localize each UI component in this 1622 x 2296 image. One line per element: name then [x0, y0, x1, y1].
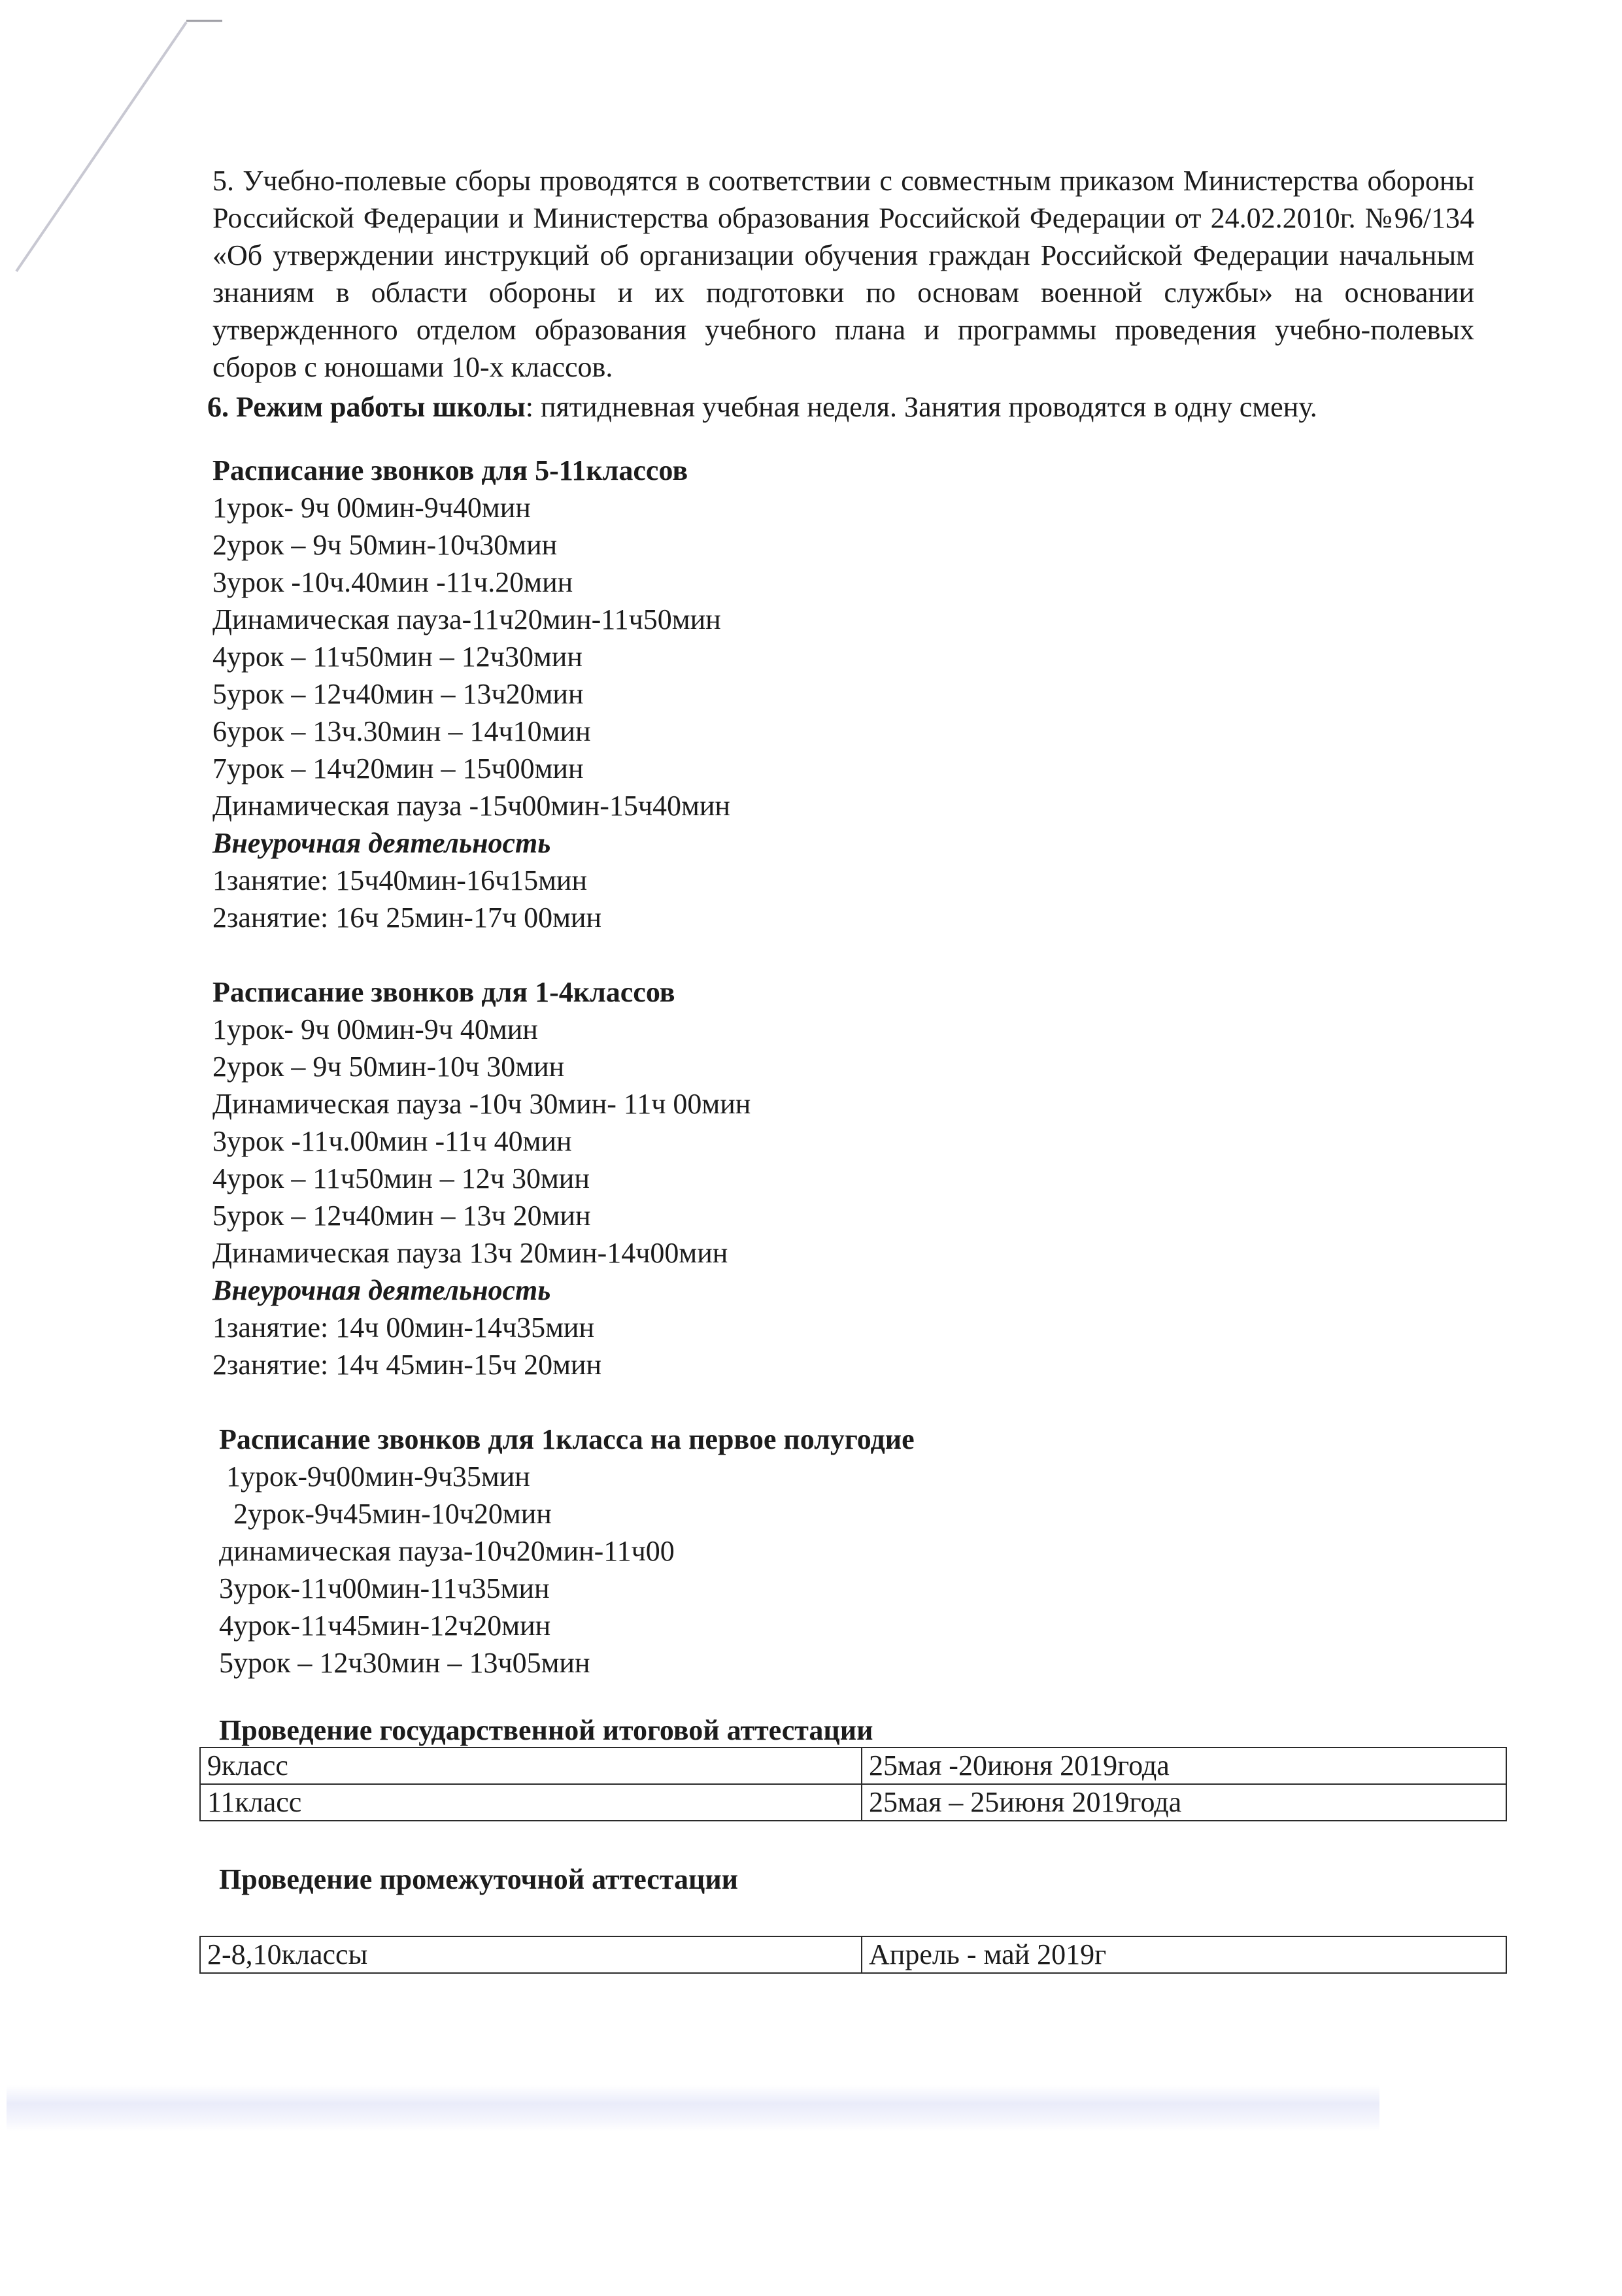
schedule-line: 5урок – 12ч40мин – 13ч 20мин — [212, 1197, 1474, 1234]
paragraph-6-text: : пятидневная учебная неделя. Занятия пр… — [526, 391, 1317, 423]
state-attestation-table: 9класс 25мая -20июня 2019года 11класс 25… — [199, 1747, 1507, 1821]
state-attestation-title: Проведение государственной итоговой атте… — [219, 1714, 1474, 1747]
state-attestation: Проведение государственной итоговой атте… — [212, 1714, 1474, 1821]
table-cell-period: 25мая – 25июня 2019года — [862, 1784, 1506, 1821]
schedule-line: 6урок – 13ч.30мин – 14ч10мин — [212, 713, 1474, 750]
schedule-line: 4урок – 11ч50мин – 12ч 30мин — [212, 1160, 1474, 1197]
extracurricular-line: 2занятие: 16ч 25мин-17ч 00мин — [212, 899, 1474, 936]
schedule-1st-grade-title: Расписание звонков для 1класса на первое… — [219, 1421, 1474, 1458]
schedule-line: 5урок – 12ч30мин – 13ч05мин — [219, 1644, 1474, 1681]
extracurricular-title: Внеурочная деятельность — [212, 824, 1474, 862]
scan-smudge — [7, 2085, 1379, 2131]
schedule-line: 3урок -11ч.00мин -11ч 40мин — [212, 1123, 1474, 1160]
schedule-line: 4урок-11ч45мин-12ч20мин — [219, 1607, 1474, 1644]
schedule-line: 2урок – 9ч 50мин-10ч30мин — [212, 526, 1474, 564]
table-cell-class: 2-8,10классы — [200, 1936, 862, 1973]
table-row: 11класс 25мая – 25июня 2019года — [200, 1784, 1506, 1821]
schedule-line: 1урок-9ч00мин-9ч35мин — [219, 1458, 1474, 1495]
schedule-line: 3урок -10ч.40мин -11ч.20мин — [212, 564, 1474, 601]
intermediate-attestation-table: 2-8,10классы Апрель - май 2019г — [199, 1936, 1507, 1974]
schedule-line: 1урок- 9ч 00мин-9ч 40мин — [212, 1011, 1474, 1048]
table-cell-period: Апрель - май 2019г — [862, 1936, 1506, 1973]
extracurricular-line: 1занятие: 15ч40мин-16ч15мин — [212, 862, 1474, 899]
table-row: 9класс 25мая -20июня 2019года — [200, 1747, 1506, 1784]
paragraph-6: 6. Режим работы школы: пятидневная учебн… — [207, 388, 1474, 426]
schedule-line: 5урок – 12ч40мин – 13ч20мин — [212, 675, 1474, 713]
table-row: 2-8,10классы Апрель - май 2019г — [200, 1936, 1506, 1973]
table-cell-class: 9класс — [200, 1747, 862, 1784]
schedule-line: 4урок – 11ч50мин – 12ч30мин — [212, 638, 1474, 675]
intermediate-attestation-title: Проведение промежуточной аттестации — [219, 1861, 1474, 1898]
schedule-line: Динамическая пауза -15ч00мин-15ч40мин — [212, 787, 1474, 824]
schedule-line: 7урок – 14ч20мин – 15ч00мин — [212, 750, 1474, 787]
paragraph-5: 5. Учебно-полевые сборы проводятся в соо… — [212, 162, 1474, 386]
paragraph-6-label: 6. Режим работы школы — [207, 391, 526, 423]
schedule-line: 2урок-9ч45мин-10ч20мин — [219, 1495, 1474, 1532]
schedule-5-11-title: Расписание звонков для 5-11классов — [212, 452, 1474, 489]
schedule-line: 2урок – 9ч 50мин-10ч 30мин — [212, 1048, 1474, 1085]
schedule-1-4: Расписание звонков для 1-4классов 1урок-… — [212, 973, 1474, 1383]
extracurricular-line: 2занятие: 14ч 45мин-15ч 20мин — [212, 1346, 1474, 1383]
schedule-line: 3урок-11ч00мин-11ч35мин — [219, 1570, 1474, 1607]
table-cell-class: 11класс — [200, 1784, 862, 1821]
schedule-1st-grade: Расписание звонков для 1класса на первое… — [212, 1421, 1474, 1681]
schedule-1-4-title: Расписание звонков для 1-4классов — [212, 973, 1474, 1011]
schedule-5-11: Расписание звонков для 5-11классов 1урок… — [212, 452, 1474, 936]
schedule-line: Динамическая пауза-11ч20мин-11ч50мин — [212, 601, 1474, 638]
table-cell-period: 25мая -20июня 2019года — [862, 1747, 1506, 1784]
document-page: 5. Учебно-полевые сборы проводятся в соо… — [212, 162, 1474, 1974]
schedule-line: Динамическая пауза -10ч 30мин- 11ч 00мин — [212, 1085, 1474, 1123]
schedule-line: Динамическая пауза 13ч 20мин-14ч00мин — [212, 1234, 1474, 1272]
extracurricular-title: Внеурочная деятельность — [212, 1272, 1474, 1309]
schedule-line: 1урок- 9ч 00мин-9ч40мин — [212, 489, 1474, 526]
extracurricular-line: 1занятие: 14ч 00мин-14ч35мин — [212, 1309, 1474, 1346]
intermediate-attestation: Проведение промежуточной аттестации 2-8,… — [212, 1861, 1474, 1974]
schedule-line: динамическая пауза-10ч20мин-11ч00 — [219, 1532, 1474, 1570]
page-fold-shadow — [13, 13, 222, 275]
